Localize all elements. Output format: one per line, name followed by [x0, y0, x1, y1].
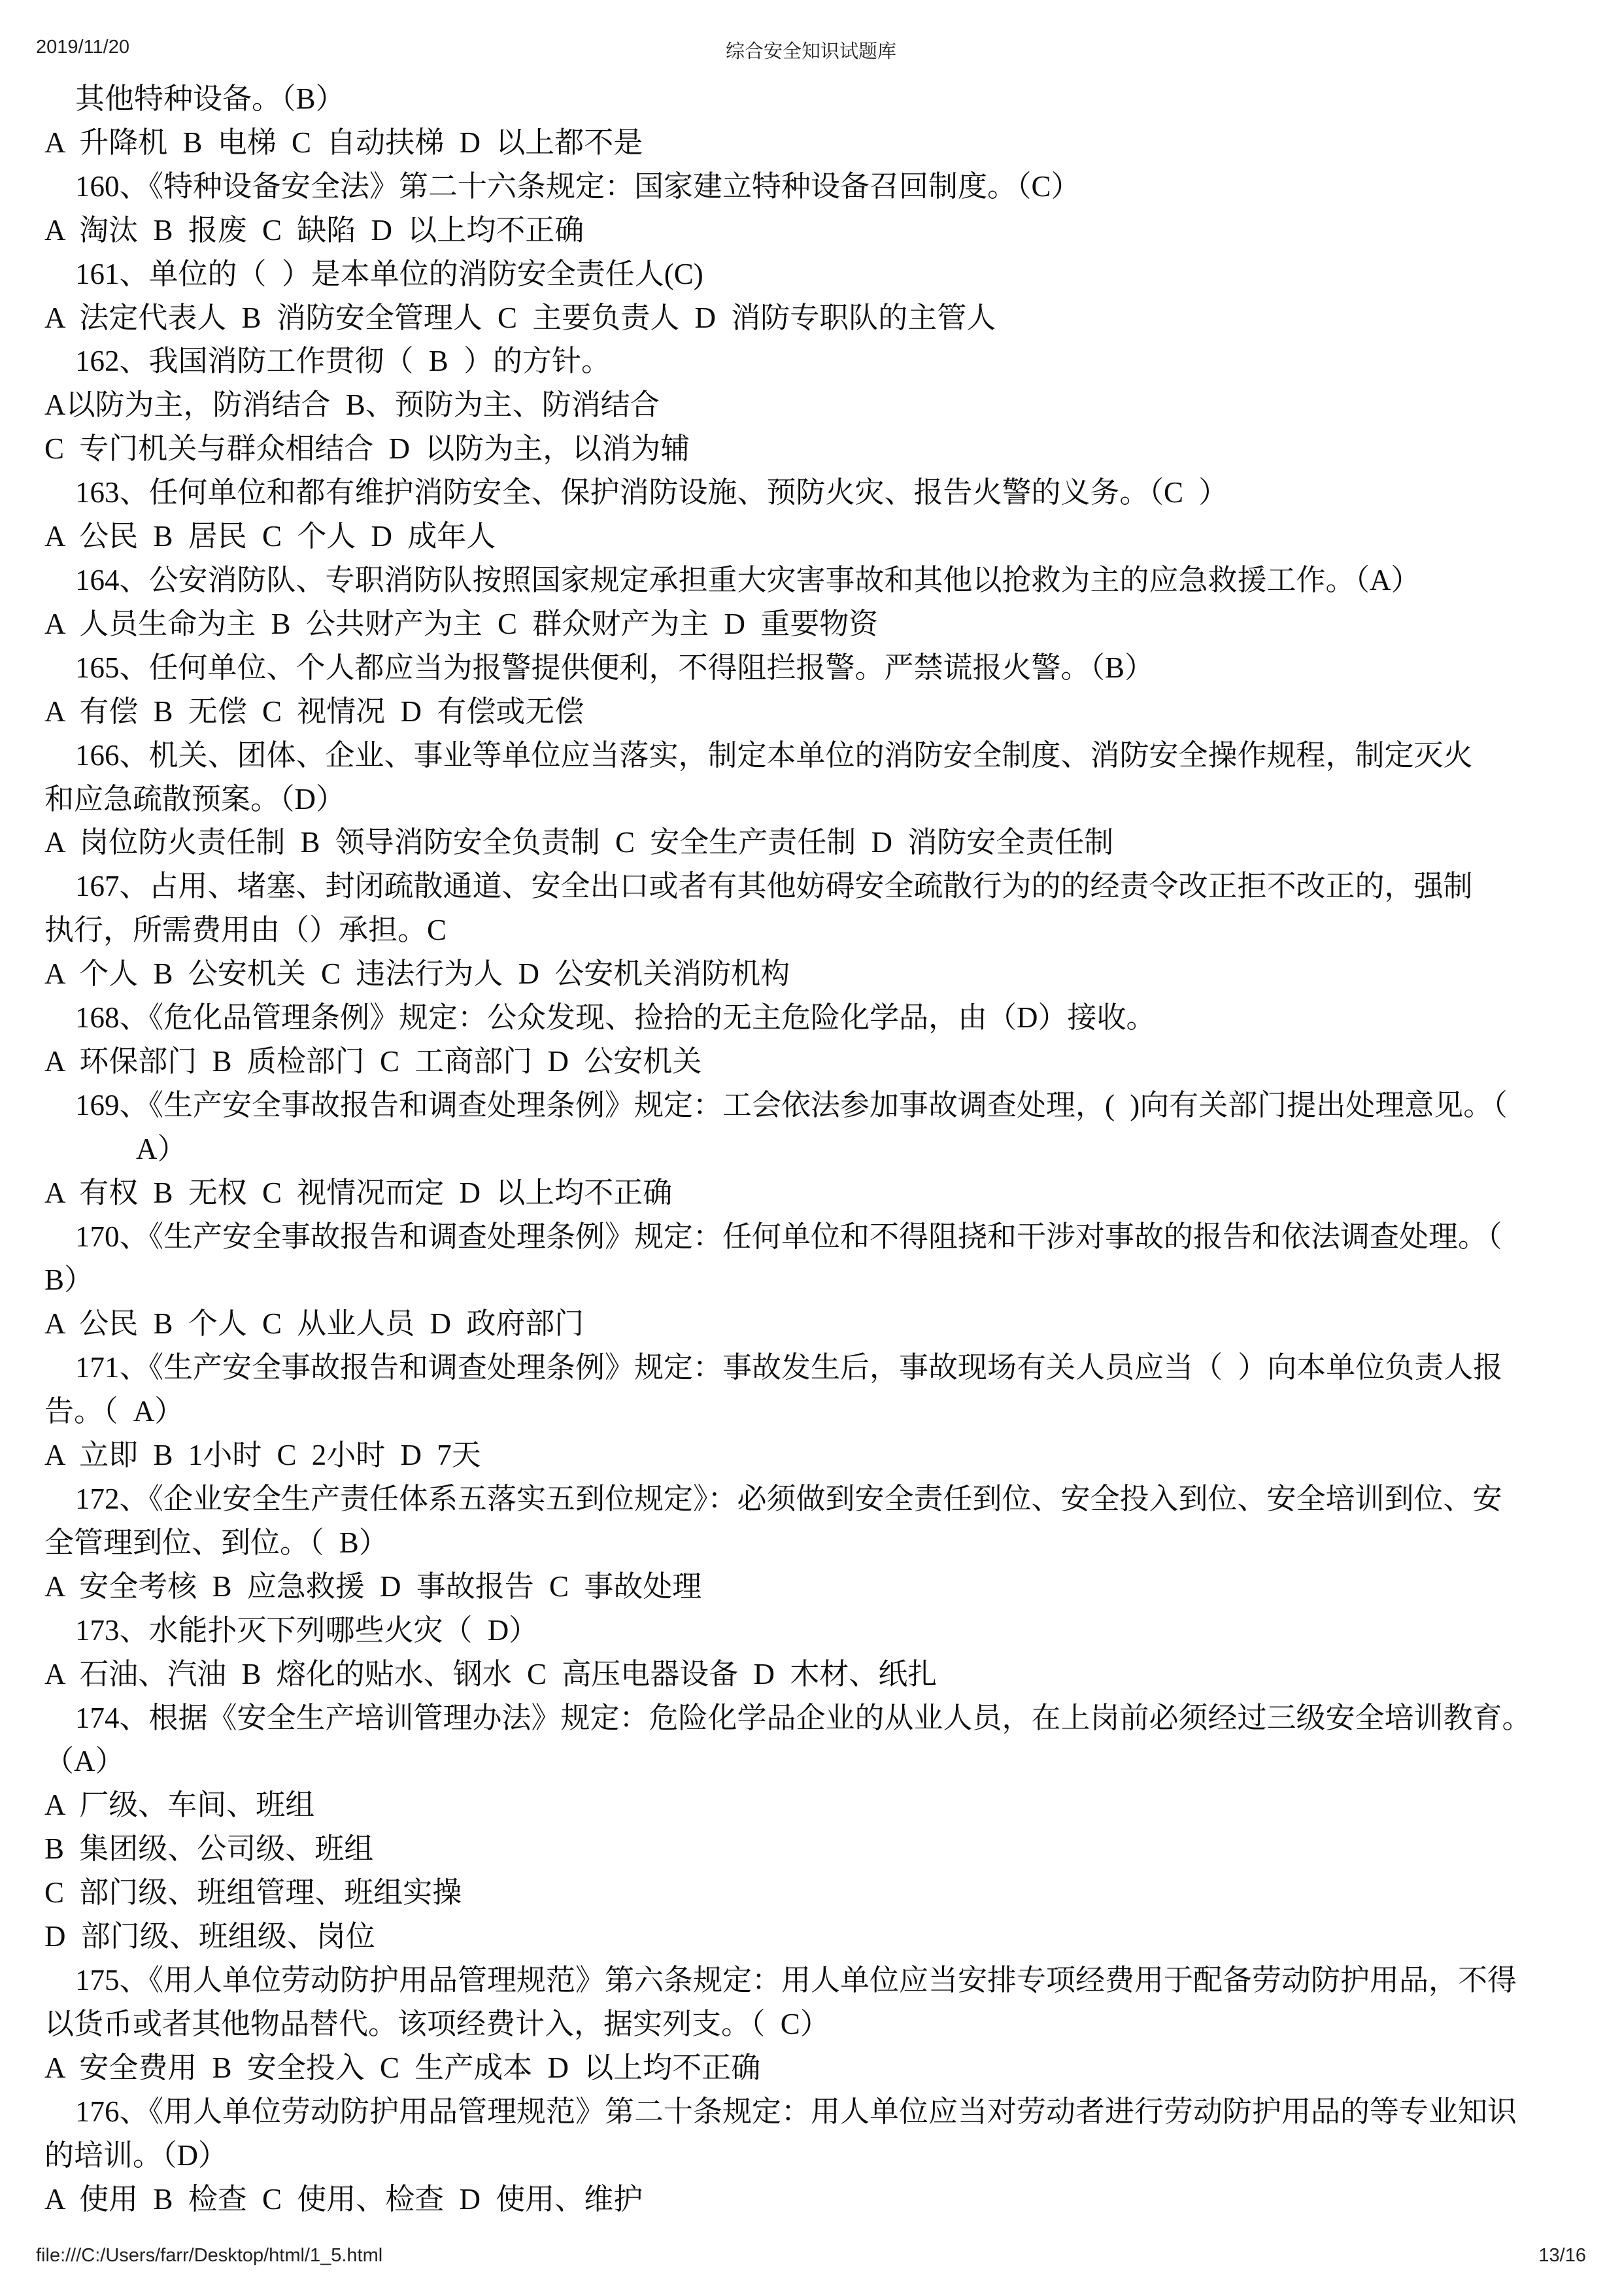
print-footer: file:///C:/Users/farr/Desktop/html/1_5.h…: [36, 2245, 1586, 2270]
text-line: A）: [44, 1127, 1581, 1171]
text-line: 170、《生产安全事故报告和调查处理条例》规定：任何单位和不得阻挠和干涉对事故的…: [44, 1215, 1581, 1259]
text-line: D 部门级、班组级、岗位: [44, 1915, 1581, 1959]
text-line: 全管理到位、到位。（ B）: [44, 1521, 1581, 1565]
text-line: 169、《生产安全事故报告和调查处理条例》规定：工会依法参加事故调查处理，( )…: [44, 1084, 1581, 1127]
text-line: A 人员生命为主 B 公共财产为主 C 群众财产为主 D 重要物资: [44, 602, 1581, 646]
text-line: 161、单位的（ ）是本单位的消防安全责任人(C): [44, 252, 1581, 296]
text-line: A 淘汰 B 报废 C 缺陷 D 以上均不正确: [44, 209, 1581, 252]
text-line: 173、水能扑灭下列哪些火灾（ D）: [44, 1609, 1581, 1653]
document-title: 综合安全知识试题库: [36, 37, 1586, 63]
text-line: A 岗位防火责任制 B 领导消防安全负责制 C 安全生产责任制 D 消防安全责任…: [44, 821, 1581, 865]
text-line: C 部门级、班组管理、班组实操: [44, 1871, 1581, 1915]
text-line: 告。（ A）: [44, 1390, 1581, 1433]
text-line: A 升降机 B 电梯 C 自动扶梯 D 以上都不是: [44, 121, 1581, 165]
text-line: A以防为主，防消结合 B、预防为主、防消结合: [44, 383, 1581, 427]
text-line: 160、《特种设备安全法》第二十六条规定：国家建立特种设备召回制度。（C）: [44, 165, 1581, 209]
text-line: 168、《危化品管理条例》规定：公众发现、捡拾的无主危险化学品，由（D）接收。: [44, 996, 1581, 1040]
text-line: C 专门机关与群众相结合 D 以防为主，以消为辅: [44, 427, 1581, 471]
text-line: A 石油、汽油 B 熔化的贴水、钢水 C 高压电器设备 D 木材、纸扎: [44, 1653, 1581, 1696]
file-url: file:///C:/Users/farr/Desktop/html/1_5.h…: [36, 2245, 382, 2267]
text-line: A 公民 B 个人 C 从业人员 D 政府部门: [44, 1302, 1581, 1346]
text-line: A 立即 B 1小时 C 2小时 D 7天: [44, 1433, 1581, 1477]
text-line: B）: [44, 1258, 1581, 1302]
text-line: A 厂级、车间、班组: [44, 1783, 1581, 1827]
text-line: 其他特种设备。（B）: [44, 77, 1581, 121]
text-line: 166、机关、团体、企业、事业等单位应当落实，制定本单位的消防安全制度、消防安全…: [44, 734, 1581, 778]
text-line: 164、公安消防队、专职消防队按照国家规定承担重大灾害事故和其他以抢救为主的应急…: [44, 558, 1581, 602]
text-line: A 安全考核 B 应急救援 D 事故报告 C 事故处理: [44, 1565, 1581, 1609]
text-line: A 法定代表人 B 消防安全管理人 C 主要负责人 D 消防专职队的主管人: [44, 296, 1581, 340]
text-line: 174、根据《安全生产培训管理办法》规定：危险化学品企业的从业人员，在上岗前必须…: [44, 1696, 1581, 1740]
text-line: 171、《生产安全事故报告和调查处理条例》规定：事故发生后，事故现场有关人员应当…: [44, 1346, 1581, 1390]
text-line: 163、任何单位和都有维护消防安全、保护消防设施、预防火灾、报告火警的义务。（C…: [44, 471, 1581, 515]
text-line: 和应急疏散预案。（D）: [44, 778, 1581, 821]
text-line: A 有权 B 无权 C 视情况而定 D 以上均不正确: [44, 1171, 1581, 1215]
text-line: 165、任何单位、个人都应当为报警提供便利，不得阻拦报警。严禁谎报火警。（B）: [44, 646, 1581, 690]
print-header: 综合安全知识试题库 2019/11/20: [36, 37, 1586, 63]
text-line: 162、我国消防工作贯彻（ B ）的方针。: [44, 339, 1581, 383]
text-line: A 使用 B 检查 C 使用、检查 D 使用、维护: [44, 2178, 1581, 2221]
text-line: 以货币或者其他物品替代。该项经费计入，据实列支。（ C）: [44, 2002, 1581, 2046]
text-line: A 公民 B 居民 C 个人 D 成年人: [44, 515, 1581, 558]
text-line: A 安全费用 B 安全投入 C 生产成本 D 以上均不正确: [44, 2046, 1581, 2090]
page-indicator: 13/16: [1538, 2245, 1586, 2267]
text-line: 175、《用人单位劳动防护用品管理规范》第六条规定：用人单位应当安排专项经费用于…: [44, 1959, 1581, 2002]
text-line: B 集团级、公司级、班组: [44, 1827, 1581, 1871]
text-line: 的培训。（D）: [44, 2134, 1581, 2178]
text-line: 167、占用、堵塞、封闭疏散通道、安全出口或者有其他妨碍安全疏散行为的的经责令改…: [44, 865, 1581, 908]
text-line: A 个人 B 公安机关 C 违法行为人 D 公安机关消防机构: [44, 952, 1581, 996]
print-date: 2019/11/20: [36, 37, 129, 58]
text-line: 执行，所需费用由（）承担。C: [44, 908, 1581, 952]
text-line: 172、《企业安全生产责任体系五落实五到位规定》：必须做到安全责任到位、安全投入…: [44, 1477, 1581, 1521]
document-body: 其他特种设备。（B）A 升降机 B 电梯 C 自动扶梯 D 以上都不是160、《…: [44, 77, 1581, 2221]
text-line: （A）: [44, 1739, 1581, 1783]
document-page: 综合安全知识试题库 2019/11/20 其他特种设备。（B）A 升降机 B 电…: [0, 0, 1622, 2296]
text-line: 176、《用人单位劳动防护用品管理规范》第二十条规定：用人单位应当对劳动者进行劳…: [44, 2090, 1581, 2134]
text-line: A 环保部门 B 质检部门 C 工商部门 D 公安机关: [44, 1040, 1581, 1084]
text-line: A 有偿 B 无偿 C 视情况 D 有偿或无偿: [44, 690, 1581, 734]
